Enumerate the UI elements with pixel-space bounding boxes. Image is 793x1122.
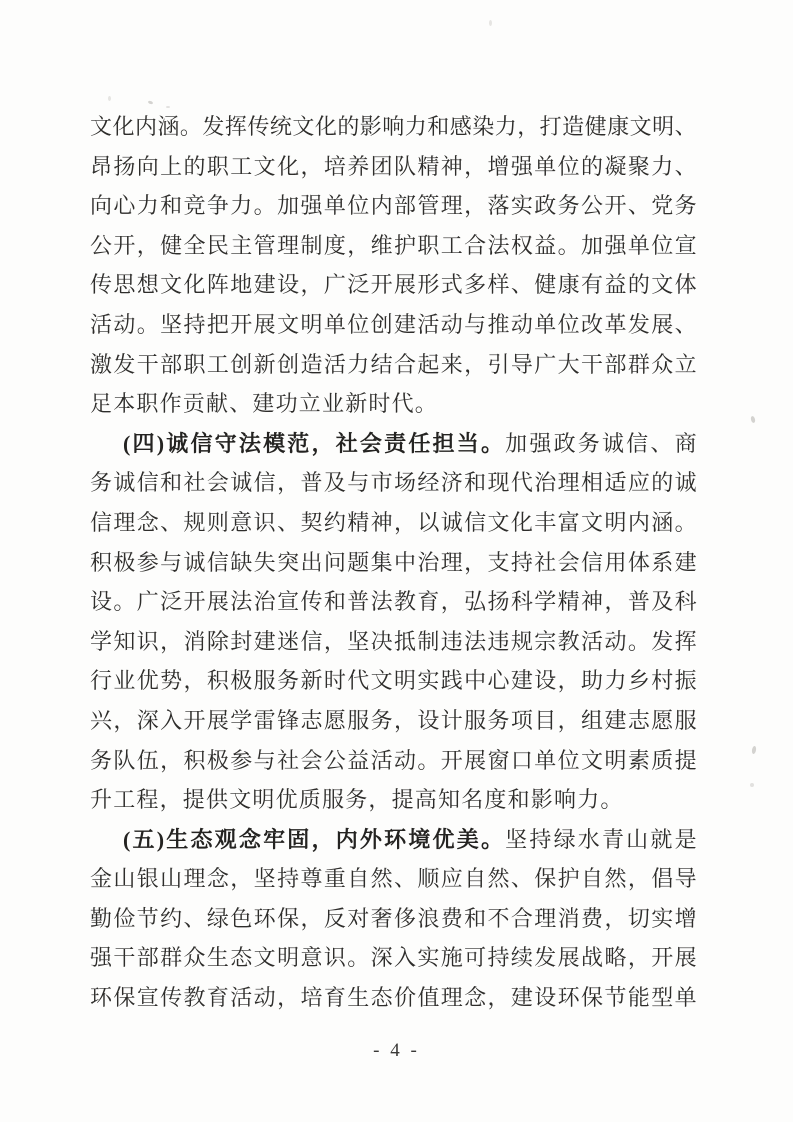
document-page: 文化内涵。发挥传统文化的影响力和感染力，打造健康文明、昂扬向上的职工文化，培养团…: [0, 0, 793, 1122]
body-text: 积极参与诚信缺失突出问题集中治理，支持社会信用体系建: [90, 550, 697, 575]
body-text: 升工程，提供文明优质服务，提高知名度和影响力。: [90, 787, 624, 812]
text-line: 昂扬向上的职工文化，培养团队精神，增强单位的凝聚力、: [90, 147, 697, 187]
body-text: 务队伍，积极参与社会公益活动。开展窗口单位文明素质提: [90, 748, 697, 773]
paragraph: 文化内涵。发挥传统文化的影响力和感染力，打造健康文明、昂扬向上的职工文化，培养团…: [90, 107, 697, 424]
body-text: 行业优势，积极服务新时代文明实践中心建设，助力乡村振: [90, 668, 697, 693]
text-line: (四)诚信守法模范，社会责任担当。加强政务诚信、商: [90, 424, 697, 464]
body-text: 学知识，消除封建迷信，坚决抵制违法违规宗教活动。发挥: [90, 629, 697, 654]
body-text: 文化内涵。发挥传统文化的影响力和感染力，打造健康文明、: [90, 114, 697, 139]
body-text: 信理念、规则意识、契约精神，以诚信文化丰富文明内涵。: [90, 510, 697, 535]
text-line: (五)生态观念牢固，内外环境优美。坚持绿水青山就是: [90, 820, 697, 860]
section-heading-text: (四)诚信守法模范，社会责任担当。: [123, 431, 505, 456]
text-line: 务队伍，积极参与社会公益活动。开展窗口单位文明素质提: [90, 741, 697, 781]
body-text: 兴，深入开展学雷锋志愿服务，设计服务项目，组建志愿服: [90, 708, 697, 733]
text-line: 金山银山理念，坚持尊重自然、顺应自然、保护自然，倡导: [90, 859, 697, 899]
text-line: 升工程，提供文明优质服务，提高知名度和影响力。: [90, 780, 697, 820]
text-line: 环保宣传教育活动，培育生态价值理念，建设环保节能型单: [90, 978, 697, 1018]
document-body: 文化内涵。发挥传统文化的影响力和感染力，打造健康文明、昂扬向上的职工文化，培养团…: [90, 107, 697, 1018]
text-line: 向心力和竞争力。加强单位内部管理，落实政务公开、党务: [90, 186, 697, 226]
scan-speck: [750, 783, 754, 787]
body-text: 务诚信和社会诚信，普及与市场经济和现代治理相适应的诚: [90, 470, 697, 495]
body-text: 加强政务诚信、商: [505, 431, 697, 456]
section-heading-text: (五)生态观念牢固，内外环境优美。: [123, 827, 505, 852]
scan-speck: [750, 416, 756, 424]
body-text: 激发干部职工创新创造活力结合起来，引导广大干部群众立: [90, 352, 697, 377]
text-line: 公开，健全民主管理制度，维护职工合法权益。加强单位宣: [90, 226, 697, 266]
text-line: 信理念、规则意识、契约精神，以诚信文化丰富文明内涵。: [90, 503, 697, 543]
page-number: - 4 -: [0, 1040, 793, 1062]
body-text: 向心力和竞争力。加强单位内部管理，落实政务公开、党务: [90, 193, 697, 218]
scan-speck: [489, 20, 492, 26]
body-text: 设。广泛开展法治宣传和普法教育，弘扬科学精神，普及科: [90, 589, 697, 614]
scan-speck: [108, 96, 111, 101]
body-text: 活动。坚持把开展文明单位创建活动与推动单位改革发展、: [90, 312, 697, 337]
text-line: 足本职作贡献、建功立业新时代。: [90, 384, 697, 424]
text-line: 活动。坚持把开展文明单位创建活动与推动单位改革发展、: [90, 305, 697, 345]
body-text: 坚持绿水青山就是: [505, 827, 697, 852]
scan-speck: [148, 100, 154, 105]
text-line: 积极参与诚信缺失突出问题集中治理，支持社会信用体系建: [90, 543, 697, 583]
text-line: 学知识，消除封建迷信，坚决抵制违法违规宗教活动。发挥: [90, 622, 697, 662]
body-text: 足本职作贡献、建功立业新时代。: [90, 391, 438, 416]
body-text: 传思想文化阵地建设，广泛开展形式多样、健康有益的文体: [90, 272, 697, 297]
body-text: 勤俭节约、绿色环保，反对奢侈浪费和不合理消费，切实增: [90, 906, 697, 931]
paragraph: (五)生态观念牢固，内外环境优美。坚持绿水青山就是金山银山理念，坚持尊重自然、顺…: [90, 820, 697, 1018]
text-line: 设。广泛开展法治宣传和普法教育，弘扬科学精神，普及科: [90, 582, 697, 622]
body-text: 公开，健全民主管理制度，维护职工合法权益。加强单位宣: [90, 233, 697, 258]
text-line: 强干部群众生态文明意识。深入实施可持续发展战略，开展: [90, 938, 697, 978]
body-text: 环保宣传教育活动，培育生态价值理念，建设环保节能型单: [90, 985, 697, 1010]
text-line: 激发干部职工创新创造活力结合起来，引导广大干部群众立: [90, 345, 697, 385]
scan-speck: [751, 746, 756, 755]
body-text: 昂扬向上的职工文化，培养团队精神，增强单位的凝聚力、: [90, 154, 697, 179]
text-line: 文化内涵。发挥传统文化的影响力和感染力，打造健康文明、: [90, 107, 697, 147]
text-line: 兴，深入开展学雷锋志愿服务，设计服务项目，组建志愿服: [90, 701, 697, 741]
paragraph: (四)诚信守法模范，社会责任担当。加强政务诚信、商务诚信和社会诚信，普及与市场经…: [90, 424, 697, 820]
text-line: 勤俭节约、绿色环保，反对奢侈浪费和不合理消费，切实增: [90, 899, 697, 939]
text-line: 行业优势，积极服务新时代文明实践中心建设，助力乡村振: [90, 661, 697, 701]
text-line: 务诚信和社会诚信，普及与市场经济和现代治理相适应的诚: [90, 463, 697, 503]
body-text: 金山银山理念，坚持尊重自然、顺应自然、保护自然，倡导: [90, 866, 697, 891]
body-text: 强干部群众生态文明意识。深入实施可持续发展战略，开展: [90, 945, 697, 970]
text-line: 传思想文化阵地建设，广泛开展形式多样、健康有益的文体: [90, 265, 697, 305]
